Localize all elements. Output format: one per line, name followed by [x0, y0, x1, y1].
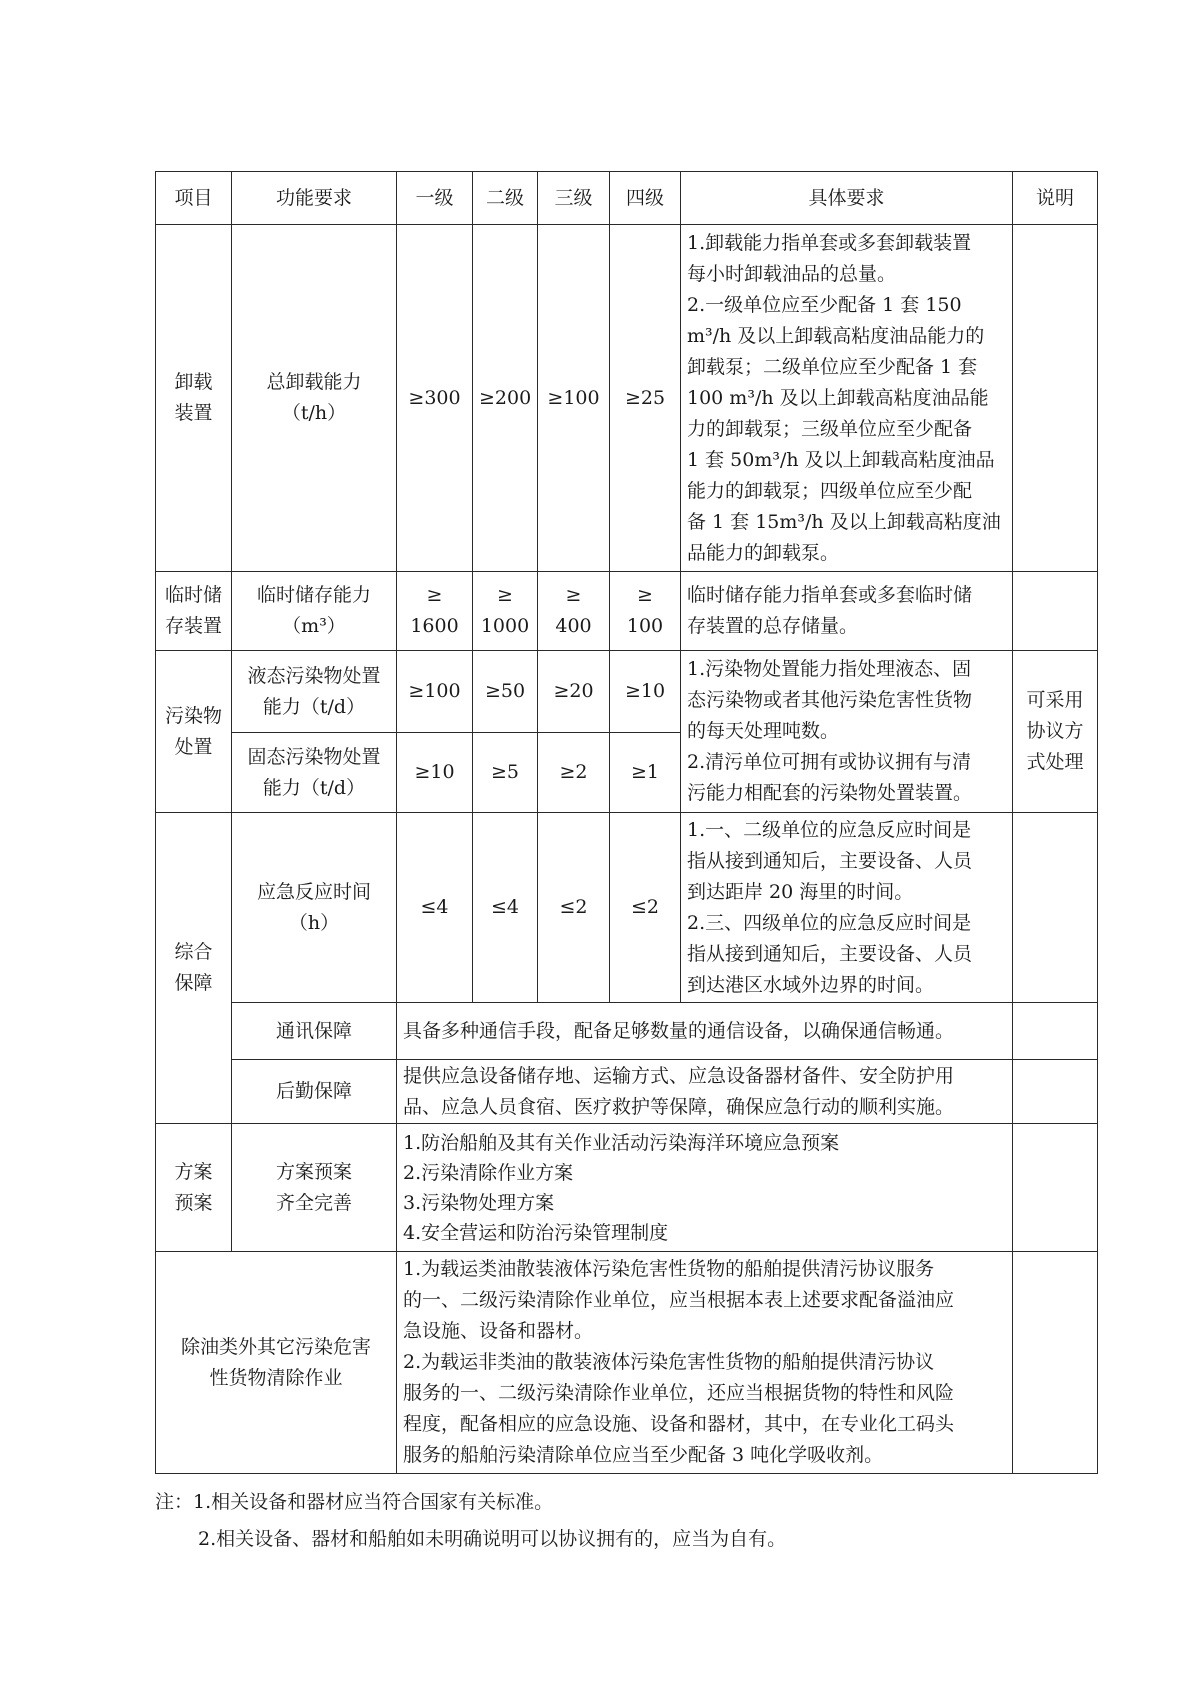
- detail-line: 2.三、四级单位的应急反应时间是: [687, 908, 1006, 939]
- detail-line: 急设施、设备和器材。: [403, 1316, 1006, 1347]
- function-text: 齐全完善: [238, 1188, 390, 1219]
- detail-line: 备 1 套 15m³/h 及以上卸载高粘度油: [687, 507, 1006, 538]
- requirements-table: 项目 功能要求 一级 二级 三级 四级 具体要求 说明 卸载 装置 总卸载能力 …: [155, 171, 1098, 1474]
- detail-line: 2.一级单位应至少配备 1 套 150: [687, 290, 1006, 321]
- note-cell: [1013, 1003, 1098, 1060]
- level-3-value: ≥2: [538, 733, 610, 813]
- header-level-1: 一级: [397, 172, 473, 225]
- table-row-support-response: 综合 保障 应急反应时间 （h） ≤4 ≤4 ≤2 ≤2 1.一、二级单位的应急…: [156, 813, 1098, 1003]
- detail-line: 1 套 50m³/h 及以上卸载高粘度油品: [687, 445, 1006, 476]
- detail-cell: 提供应急设备储存地、运输方式、应急设备器材备件、安全防护用 品、应急人员食宿、医…: [397, 1060, 1013, 1124]
- level-3-value: ≥20: [538, 651, 610, 733]
- note-cell: [1013, 572, 1098, 651]
- level-2-value: ≥ 1000: [473, 572, 538, 651]
- header-detail: 具体要求: [681, 172, 1013, 225]
- note-cell: [1013, 1124, 1098, 1252]
- item-text: 装置: [162, 398, 225, 429]
- level-3-value: ≥ 400: [538, 572, 610, 651]
- level-4-value: ≥1: [610, 733, 681, 813]
- function-cell: 液态污染物处置 能力（t/d）: [232, 651, 397, 733]
- note-cell: 可采用 协议方 式处理: [1013, 651, 1098, 813]
- level-1-value: ≥300: [397, 225, 473, 572]
- detail-cell: 1.卸载能力指单套或多套卸载装置 每小时卸载油品的总量。 2.一级单位应至少配备…: [681, 225, 1013, 572]
- function-text: 能力（t/d）: [238, 692, 390, 723]
- function-cell: 方案预案 齐全完善: [232, 1124, 397, 1252]
- function-text: 能力（t/d）: [238, 773, 390, 804]
- item-text: 临时储: [162, 580, 225, 611]
- item-text: 方案: [162, 1157, 225, 1188]
- detail-line: 1.一、二级单位的应急反应时间是: [687, 815, 1006, 846]
- function-cell: 通讯保障: [232, 1003, 397, 1060]
- level-3-value: ≥100: [538, 225, 610, 572]
- item-text: 处置: [162, 732, 225, 763]
- note-text: 式处理: [1019, 747, 1091, 778]
- detail-cell: 临时储存能力指单套或多套临时储 存装置的总存储量。: [681, 572, 1013, 651]
- function-cell: 总卸载能力 （t/h）: [232, 225, 397, 572]
- detail-line: 100 m³/h 及以上卸载高粘度油品能: [687, 383, 1006, 414]
- detail-line: 每小时卸载油品的总量。: [687, 259, 1006, 290]
- item-cell: 污染物 处置: [156, 651, 232, 813]
- item-text: 卸载: [162, 367, 225, 398]
- function-unit: （m³）: [238, 611, 390, 642]
- footnote-1: 注：1.相关设备和器材应当符合国家有关标准。: [155, 1484, 786, 1521]
- note-cell: [1013, 225, 1098, 572]
- detail-line: 品、应急人员食宿、医疗救护等保障，确保应急行动的顺利实施。: [403, 1092, 1006, 1123]
- level-4-value: ≥25: [610, 225, 681, 572]
- item-cell: 综合 保障: [156, 813, 232, 1124]
- detail-line: 1.为载运类油散装液体污染危害性货物的船舶提供清污协议服务: [403, 1254, 1006, 1285]
- item-text: 污染物: [162, 701, 225, 732]
- detail-line: 态污染物或者其他污染危害性货物: [687, 685, 1006, 716]
- function-unit: （h）: [238, 908, 390, 939]
- function-cell: 应急反应时间 （h）: [232, 813, 397, 1003]
- detail-cell: 1.为载运类油散装液体污染危害性货物的船舶提供清污协议服务 的一、二级污染清除作…: [397, 1252, 1013, 1474]
- level-2-value: ≥5: [473, 733, 538, 813]
- function-text: 方案预案: [238, 1157, 390, 1188]
- item-cell: 方案 预案: [156, 1124, 232, 1252]
- detail-line: 存装置的总存储量。: [687, 611, 1006, 642]
- value: 1000: [479, 611, 531, 642]
- value: 100: [616, 611, 674, 642]
- detail-line: 卸载泵；二级单位应至少配备 1 套: [687, 352, 1006, 383]
- function-unit: （t/h）: [238, 398, 390, 429]
- item-cell: 临时储 存装置: [156, 572, 232, 651]
- detail-line: 3.污染物处理方案: [403, 1188, 1006, 1218]
- header-row: 项目 功能要求 一级 二级 三级 四级 具体要求 说明: [156, 172, 1098, 225]
- header-level-4: 四级: [610, 172, 681, 225]
- detail-line: 指从接到通知后，主要设备、人员: [687, 939, 1006, 970]
- level-3-value: ≤2: [538, 813, 610, 1003]
- detail-line: 提供应急设备储存地、运输方式、应急设备器材备件、安全防护用: [403, 1061, 1006, 1092]
- header-function: 功能要求: [232, 172, 397, 225]
- detail-cell: 1.防治船舶及其有关作业活动污染海洋环境应急预案 2.污染清除作业方案 3.污染…: [397, 1124, 1013, 1252]
- detail-line: 2.污染清除作业方案: [403, 1158, 1006, 1188]
- operator: ≥: [616, 580, 674, 611]
- detail-line: m³/h 及以上卸载高粘度油品能力的: [687, 321, 1006, 352]
- note-cell: [1013, 1252, 1098, 1474]
- header-level-2: 二级: [473, 172, 538, 225]
- table-row-support-logistics: 后勤保障 提供应急设备储存地、运输方式、应急设备器材备件、安全防护用 品、应急人…: [156, 1060, 1098, 1124]
- detail-line: 1.污染物处置能力指处理液态、固: [687, 654, 1006, 685]
- note-text: 可采用: [1019, 685, 1091, 716]
- detail-line: 服务的一、二级污染清除作业单位，还应当根据货物的特性和风险: [403, 1378, 1006, 1409]
- detail-line: 2.清污单位可拥有或协议拥有与清: [687, 747, 1006, 778]
- function-text: 临时储存能力: [238, 580, 390, 611]
- detail-line: 服务的船舶污染清除单位应当至少配备 3 吨化学吸收剂。: [403, 1440, 1006, 1471]
- footnote-2: 2.相关设备、器材和船舶如未明确说明可以协议拥有的，应当为自有。: [155, 1521, 786, 1558]
- detail-line: 到达距岸 20 海里的时间。: [687, 877, 1006, 908]
- detail-line: 的一、二级污染清除作业单位，应当根据本表上述要求配备溢油应: [403, 1285, 1006, 1316]
- table-row-pollutant-liquid: 污染物 处置 液态污染物处置 能力（t/d） ≥100 ≥50 ≥20 ≥10 …: [156, 651, 1098, 733]
- table-row-other: 除油类外其它污染危害 性货物清除作业 1.为载运类油散装液体污染危害性货物的船舶…: [156, 1252, 1098, 1474]
- detail-line: 1.防治船舶及其有关作业活动污染海洋环境应急预案: [403, 1128, 1006, 1158]
- item-text: 除油类外其它污染危害: [162, 1332, 390, 1363]
- detail-line: 指从接到通知后，主要设备、人员: [687, 846, 1006, 877]
- level-1-value: ≥10: [397, 733, 473, 813]
- item-cell: 除油类外其它污染危害 性货物清除作业: [156, 1252, 397, 1474]
- detail-line: 到达港区水域外边界的时间。: [687, 970, 1006, 1001]
- note-text: 协议方: [1019, 716, 1091, 747]
- function-cell: 临时储存能力 （m³）: [232, 572, 397, 651]
- table-row-support-comm: 通讯保障 具备多种通信手段，配备足够数量的通信设备，以确保通信畅通。: [156, 1003, 1098, 1060]
- item-text: 保障: [162, 968, 225, 999]
- item-cell: 卸载 装置: [156, 225, 232, 572]
- level-4-value: ≥10: [610, 651, 681, 733]
- header-note: 说明: [1013, 172, 1098, 225]
- function-text: 固态污染物处置: [238, 742, 390, 773]
- detail-line: 污能力相配套的污染物处置装置。: [687, 778, 1006, 809]
- detail-line: 程度，配备相应的应急设施、设备和器材，其中，在专业化工码头: [403, 1409, 1006, 1440]
- function-text: 总卸载能力: [238, 367, 390, 398]
- detail-line: 的每天处理吨数。: [687, 716, 1006, 747]
- level-1-value: ≤4: [397, 813, 473, 1003]
- detail-line: 临时储存能力指单套或多套临时储: [687, 580, 1006, 611]
- detail-line: 4.安全营运和防治污染管理制度: [403, 1218, 1006, 1248]
- detail-cell: 1.污染物处置能力指处理液态、固 态污染物或者其他污染危害性货物 的每天处理吨数…: [681, 651, 1013, 813]
- level-4-value: ≤2: [610, 813, 681, 1003]
- table-row-plan: 方案 预案 方案预案 齐全完善 1.防治船舶及其有关作业活动污染海洋环境应急预案…: [156, 1124, 1098, 1252]
- operator: ≥: [403, 580, 466, 611]
- operator: ≥: [479, 580, 531, 611]
- item-text: 性货物清除作业: [162, 1363, 390, 1394]
- note-cell: [1013, 1060, 1098, 1124]
- detail-cell: 具备多种通信手段，配备足够数量的通信设备，以确保通信畅通。: [397, 1003, 1013, 1060]
- function-cell: 固态污染物处置 能力（t/d）: [232, 733, 397, 813]
- header-item: 项目: [156, 172, 232, 225]
- detail-cell: 1.一、二级单位的应急反应时间是 指从接到通知后，主要设备、人员 到达距岸 20…: [681, 813, 1013, 1003]
- function-cell: 后勤保障: [232, 1060, 397, 1124]
- item-text: 存装置: [162, 611, 225, 642]
- level-1-value: ≥ 1600: [397, 572, 473, 651]
- detail-line: 品能力的卸载泵。: [687, 538, 1006, 569]
- detail-line: 1.卸载能力指单套或多套卸载装置: [687, 228, 1006, 259]
- footnotes: 注：1.相关设备和器材应当符合国家有关标准。 2.相关设备、器材和船舶如未明确说…: [155, 1484, 786, 1558]
- note-cell: [1013, 813, 1098, 1003]
- detail-line: 力的卸载泵；三级单位应至少配备: [687, 414, 1006, 445]
- level-1-value: ≥100: [397, 651, 473, 733]
- function-text: 应急反应时间: [238, 877, 390, 908]
- value: 1600: [403, 611, 466, 642]
- item-text: 综合: [162, 937, 225, 968]
- header-level-3: 三级: [538, 172, 610, 225]
- level-2-value: ≥200: [473, 225, 538, 572]
- function-text: 液态污染物处置: [238, 661, 390, 692]
- operator: ≥: [544, 580, 603, 611]
- value: 400: [544, 611, 603, 642]
- table-row-unload: 卸载 装置 总卸载能力 （t/h） ≥300 ≥200 ≥100 ≥25 1.卸…: [156, 225, 1098, 572]
- detail-line: 2.为载运非类油的散装液体污染危害性货物的船舶提供清污协议: [403, 1347, 1006, 1378]
- level-4-value: ≥ 100: [610, 572, 681, 651]
- table-row-storage: 临时储 存装置 临时储存能力 （m³） ≥ 1600 ≥ 1000 ≥ 400 …: [156, 572, 1098, 651]
- item-text: 预案: [162, 1188, 225, 1219]
- level-2-value: ≤4: [473, 813, 538, 1003]
- level-2-value: ≥50: [473, 651, 538, 733]
- detail-line: 能力的卸载泵；四级单位应至少配: [687, 476, 1006, 507]
